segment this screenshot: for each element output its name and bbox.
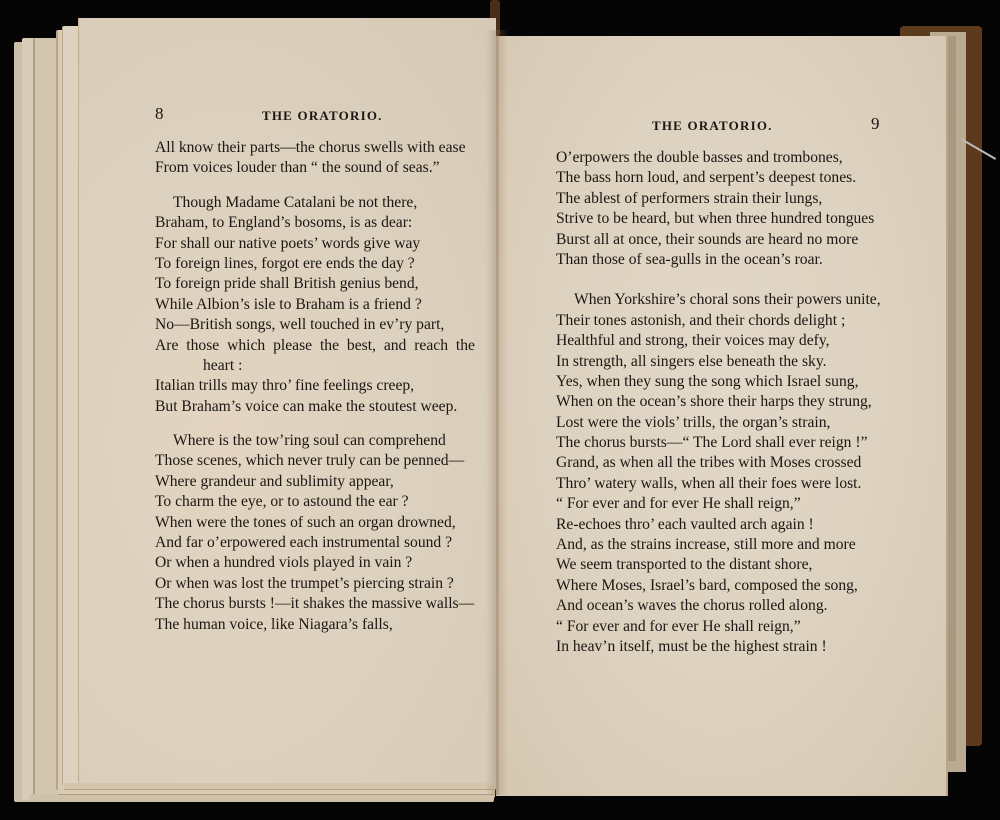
- verse-line: Those scenes, which never truly can be p…: [155, 451, 475, 471]
- verse-line: For shall our native poets’ words give w…: [155, 234, 475, 254]
- left-page-number: 8: [155, 104, 164, 124]
- verse-line: Yes, when they sung the song which Israe…: [556, 372, 881, 392]
- verse-line: No—British songs, well touched in ev’ry …: [155, 315, 475, 335]
- verse-line: Italian trills may thro’ fine feelings c…: [155, 376, 475, 396]
- verse-line: Re-echoes thro’ each vaulted arch again …: [556, 515, 881, 535]
- verse-line: Or when was lost the trumpet’s piercing …: [155, 574, 475, 594]
- verse-line: Burst all at once, their sounds are hear…: [556, 230, 881, 250]
- verse-line: When were the tones of such an organ dro…: [155, 513, 475, 533]
- verse-line: Healthful and strong, their voices may d…: [556, 331, 881, 351]
- verse-line: “ For ever and for ever He shall reign,”: [556, 494, 881, 514]
- verse-line: Lost were the viols’ trills, the organ’s…: [556, 413, 881, 433]
- verse-line: Where grandeur and sublimity appear,: [155, 472, 475, 492]
- right-running-head: THE ORATORIO.: [652, 118, 773, 134]
- verse-line: When Yorkshire’s choral sons their power…: [556, 290, 881, 310]
- verse-line: While Albion’s isle to Braham is a frien…: [155, 295, 475, 315]
- verse-line: Than those of sea-gulls in the ocean’s r…: [556, 250, 881, 270]
- verse-line: Where Moses, Israel’s bard, composed the…: [556, 576, 881, 596]
- verse-line: heart :: [155, 356, 475, 376]
- verse-line: Though Madame Catalani be not there,: [155, 193, 475, 213]
- verse-line: All know their parts—the chorus swells w…: [155, 138, 475, 158]
- verse-line: Where is the tow’ring soul can comprehen…: [155, 431, 475, 451]
- verse-line: Their tones astonish, and their chords d…: [556, 311, 881, 331]
- verse-line: From voices louder than “ the sound of s…: [155, 158, 475, 178]
- verse-line: Thro’ watery walls, when all their foes …: [556, 474, 881, 494]
- verse-line: Are those which please the best, and rea…: [155, 336, 475, 356]
- verse-line: The ablest of performers strain their lu…: [556, 189, 881, 209]
- verse-line: To foreign pride shall British genius be…: [155, 274, 475, 294]
- page-edge: [64, 783, 494, 790]
- right-page-text: O’erpowers the double basses and trombon…: [556, 148, 881, 657]
- verse-line: Grand, as when all the tribes with Moses…: [556, 453, 881, 473]
- verse-line: “ For ever and for ever He shall reign,”: [556, 617, 881, 637]
- verse-line: The bass horn loud, and serpent’s deepes…: [556, 168, 881, 188]
- verse-line: The chorus bursts—“ The Lord shall ever …: [556, 433, 881, 453]
- right-page-number: 9: [871, 114, 880, 134]
- verse-line: But Braham’s voice can make the stoutest…: [155, 397, 475, 417]
- left-running-head: THE ORATORIO.: [262, 108, 383, 124]
- book-gutter: [486, 30, 508, 795]
- verse-line: We seem transported to the distant shore…: [556, 555, 881, 575]
- verse-line: Strive to be heard, but when three hundr…: [556, 209, 881, 229]
- verse-line: Braham, to England’s bosoms, is as dear:: [155, 213, 475, 233]
- left-page-text: All know their parts—the chorus swells w…: [155, 138, 475, 635]
- verse-line: To charm the eye, or to astound the ear …: [155, 492, 475, 512]
- verse-line: Or when a hundred viols played in vain ?: [155, 553, 475, 573]
- verse-line: And far o’erpowered each instrumental so…: [155, 533, 475, 553]
- verse-line: And ocean’s waves the chorus rolled alon…: [556, 596, 881, 616]
- verse-line: O’erpowers the double basses and trombon…: [556, 148, 881, 168]
- verse-line: The human voice, like Niagara’s falls,: [155, 615, 475, 635]
- verse-line: The chorus bursts !—it shakes the massiv…: [155, 594, 475, 614]
- verse-line: In heav’n itself, must be the highest st…: [556, 637, 881, 657]
- verse-line: And, as the strains increase, still more…: [556, 535, 881, 555]
- verse-line: In strength, all singers else beneath th…: [556, 352, 881, 372]
- verse-line: When on the ocean’s shore their harps th…: [556, 392, 881, 412]
- verse-line: To foreign lines, forgot ere ends the da…: [155, 254, 475, 274]
